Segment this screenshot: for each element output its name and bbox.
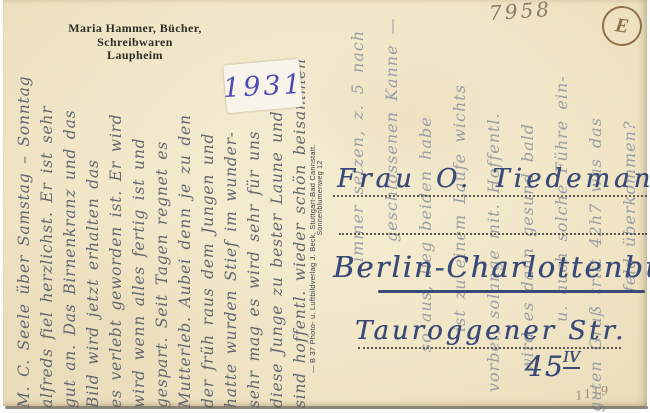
imprint-line2: Sonnenblumenweg 12: [317, 23, 324, 373]
year-label-text: 1931: [222, 68, 304, 103]
postcard-scan: Maria Hammer, Bücher, Schreibwaren Lauph…: [0, 0, 650, 413]
overflow-line: so aus, lieg beiden habe: [409, 4, 443, 412]
message-line: der früh raus dem Jungen und: [197, 10, 220, 408]
card-bottom-edge-shadow: [5, 406, 648, 409]
address-city: Berlin-Charlottenburg: [333, 250, 650, 284]
imprint-line1: — B 37 Photo- u. Luftbildverlag J. Beck,…: [308, 23, 317, 373]
message-line: alfreds fiel herzlichst. Er ist sehr: [36, 10, 59, 408]
handwritten-overflow-block: immer setzen, z. 5 nach geschlossenen Ka…: [341, 4, 650, 412]
overflow-line: feld überkommen?: [613, 4, 647, 412]
year-label-sticker: 1931: [223, 59, 303, 113]
address-street: Tauroggener Str.: [355, 316, 626, 346]
overflow-line: immer setzen, z. 5 nach: [341, 4, 375, 412]
overflow-line: vorbei, solange mit. Hoffentl.: [477, 4, 511, 412]
overflow-line: guten Gruß tritt 42h7 was das: [579, 4, 613, 412]
overflow-line: ist zu einem Laufe wichts: [443, 4, 477, 412]
address-floor-number: IV: [563, 348, 580, 369]
address-dotted-line-1: [333, 195, 647, 197]
pencil-number-top: 7958: [488, 0, 552, 25]
address-dotted-line-3: [358, 347, 621, 349]
message-line: Bild wird jetzt erhalten das: [82, 10, 105, 408]
overflow-line: geschlossenen Kanne —: [375, 4, 409, 412]
message-line: wird wenn alles fertig ist und: [128, 10, 151, 408]
address-house-number: 45: [525, 350, 565, 383]
postcard-back: Maria Hammer, Bücher, Schreibwaren Lauph…: [3, 0, 647, 406]
address-dotted-line-2: [339, 233, 647, 235]
message-line: Mutterleb. Aubei denn je zu den: [174, 10, 197, 408]
photographer-imprint: — B 37 Photo- u. Luftbildverlag J. Beck,…: [308, 23, 334, 373]
message-line: gespart. Seit Tagen regnet es: [151, 10, 174, 408]
address-recipient: Frau O. Tiedemann: [337, 164, 650, 194]
message-line: gut an. Das Birnenkranz und das: [59, 10, 82, 408]
message-line: M. C. Seele über Samstag – Sonntag: [13, 10, 36, 408]
address-city-underline: [378, 290, 645, 293]
circled-e-letter: E: [614, 14, 630, 39]
message-line: es verlebt geworden ist. Er wird: [105, 10, 128, 408]
